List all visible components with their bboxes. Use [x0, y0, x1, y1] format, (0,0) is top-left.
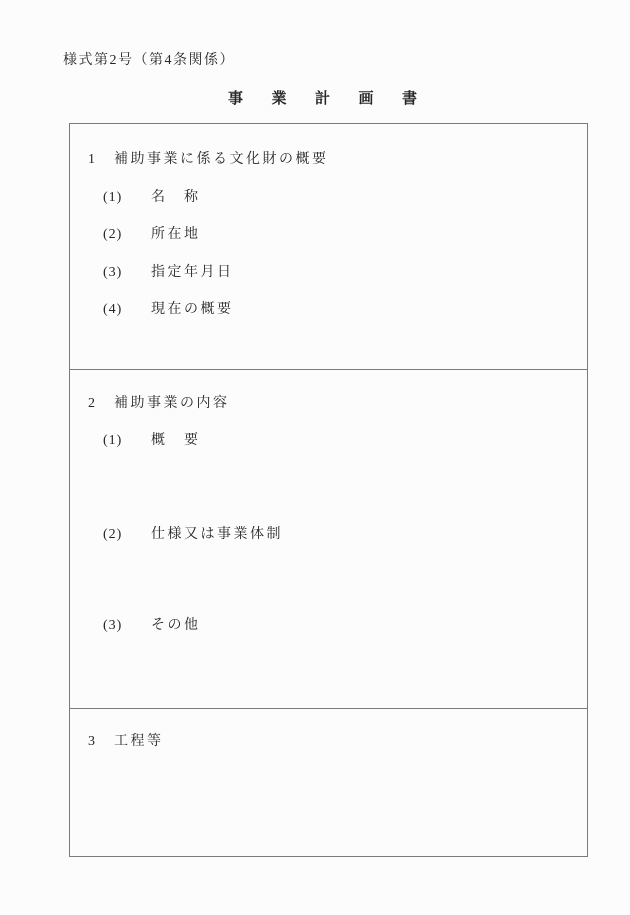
item-label: (1): [103, 433, 151, 449]
item-text: 仕様又は事業体制: [151, 527, 283, 542]
item-text: 現在の概要: [151, 302, 234, 317]
section-heading: 1補助事業に係る文化財の概要: [88, 148, 329, 168]
section-title: 補助事業に係る文化財の概要: [114, 152, 329, 167]
item-text: 所在地: [151, 227, 201, 242]
section-title: 工程等: [114, 734, 164, 749]
form-number-label: 様式第2号（第4条関係）: [63, 49, 235, 69]
field-location: (2)所在地: [103, 223, 201, 243]
item-label: (2): [103, 227, 151, 243]
document-title: 事 業 計 画 書: [228, 87, 424, 108]
field-name: (1)名 称: [103, 186, 201, 206]
section-schedule: 3工程等: [70, 708, 587, 856]
item-text: 指定年月日: [151, 265, 234, 280]
item-text: 名 称: [151, 190, 201, 205]
section-project-contents: 2補助事業の内容 (1)概 要 (2)仕様又は事業体制 (3)その他: [70, 369, 587, 708]
field-designation-date: (3)指定年月日: [103, 261, 234, 281]
form-outline-box: 1補助事業に係る文化財の概要 (1)名 称 (2)所在地 (3)指定年月日 (4…: [69, 123, 588, 857]
field-others: (3)その他: [103, 614, 201, 634]
item-label: (4): [103, 302, 151, 318]
item-label: (1): [103, 190, 151, 206]
item-label: (3): [103, 265, 151, 281]
item-text: その他: [151, 618, 201, 633]
section-number: 3: [88, 734, 114, 750]
item-label: (3): [103, 618, 151, 634]
section-title: 補助事業の内容: [114, 396, 230, 411]
document-page: 様式第2号（第4条関係） 事 業 計 画 書 1補助事業に係る文化財の概要 (1…: [0, 0, 630, 915]
section-number: 1: [88, 152, 114, 168]
field-specification-or-structure: (2)仕様又は事業体制: [103, 523, 283, 543]
field-current-overview: (4)現在の概要: [103, 298, 234, 318]
section-cultural-property-overview: 1補助事業に係る文化財の概要 (1)名 称 (2)所在地 (3)指定年月日 (4…: [70, 124, 587, 369]
item-label: (2): [103, 527, 151, 543]
item-text: 概 要: [151, 433, 201, 448]
section-number: 2: [88, 396, 114, 412]
section-heading: 2補助事業の内容: [88, 392, 230, 412]
section-heading: 3工程等: [88, 730, 164, 750]
field-summary: (1)概 要: [103, 429, 201, 449]
